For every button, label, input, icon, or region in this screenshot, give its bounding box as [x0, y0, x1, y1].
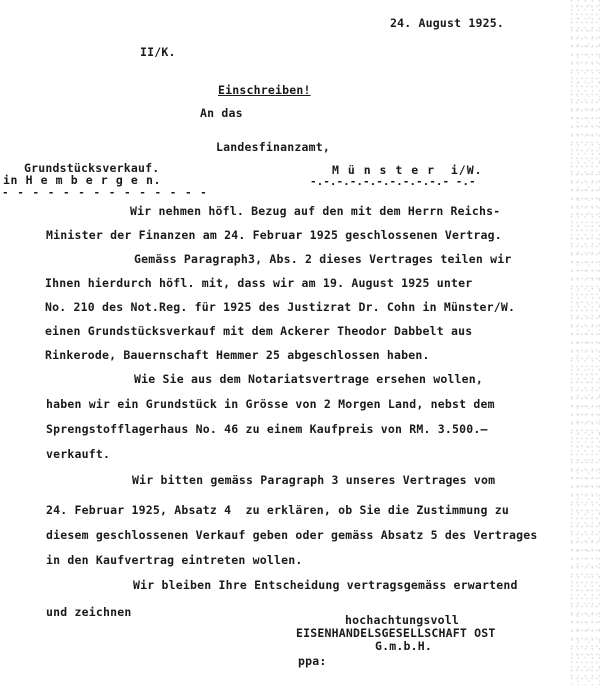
- body-line-11: verkauft.: [46, 447, 110, 461]
- body-line-6: einen Grundstücksverkauf mit dem Ackerer…: [45, 324, 472, 338]
- scan-noise-margin: [570, 0, 600, 685]
- body-line-13: 24. Februar 1925, Absatz 4 zu erklären, …: [46, 503, 509, 517]
- letter-date: 24. August 1925.: [390, 16, 504, 30]
- reference-code: II/K.: [140, 45, 176, 59]
- subject-underline: - - - - - - - - - - - - - -: [2, 188, 208, 198]
- subject-line-2: in H e m b e r g e n.: [3, 173, 161, 187]
- body-line-2: Minister der Finanzen am 24. Februar 192…: [46, 228, 502, 242]
- body-line-16: Wir bleiben Ihre Entscheidung vertragsge…: [133, 578, 518, 592]
- signature-prefix: ppa:: [298, 654, 327, 668]
- body-line-15: in den Kaufvertrag eintreten wollen.: [46, 553, 302, 567]
- company-legal-form: G.m.b.H.: [375, 639, 432, 653]
- recipient-line-2: Landesfinanzamt,: [216, 140, 330, 154]
- body-line-4: Ihnen hierdurch höfl. mit, dass wir am 1…: [45, 276, 472, 290]
- body-line-14: diesem geschlossenen Verkauf geben oder …: [46, 528, 538, 542]
- body-line-12: Wir bitten gemäss Paragraph 3 unseres Ve…: [132, 473, 495, 487]
- body-line-1: Wir nehmen höfl. Bezug auf den mit dem H…: [130, 204, 500, 218]
- body-line-5: No. 210 des Not.Reg. für 1925 des Justiz…: [45, 300, 515, 314]
- letter-page: 24. August 1925. II/K. Einschreiben! An …: [0, 0, 600, 685]
- body-line-9: haben wir ein Grundstück in Grösse von 2…: [46, 397, 495, 411]
- body-line-10: Sprengstofflagerhaus No. 46 zu einem Kau…: [46, 422, 488, 436]
- closing-salutation: hochachtungsvoll: [345, 613, 459, 627]
- body-line-17: und zeichnen: [46, 605, 131, 619]
- body-line-8: Wie Sie aus dem Notariatsvertrage ersehe…: [134, 372, 483, 386]
- recipient-line-1: An das: [200, 106, 243, 120]
- body-line-3: Gemäss Paragraph3, Abs. 2 dieses Vertrag…: [134, 252, 512, 266]
- body-line-7: Rinkerode, Bauernschaft Hemmer 25 abgesc…: [45, 348, 430, 362]
- registered-mail-mark: Einschreiben!: [218, 83, 311, 97]
- city-underline: -.-.-.-.-.-.-.-.-.-.- -.-: [310, 177, 476, 187]
- company-name: EISENHANDELSGESELLSCHAFT OST: [296, 626, 495, 640]
